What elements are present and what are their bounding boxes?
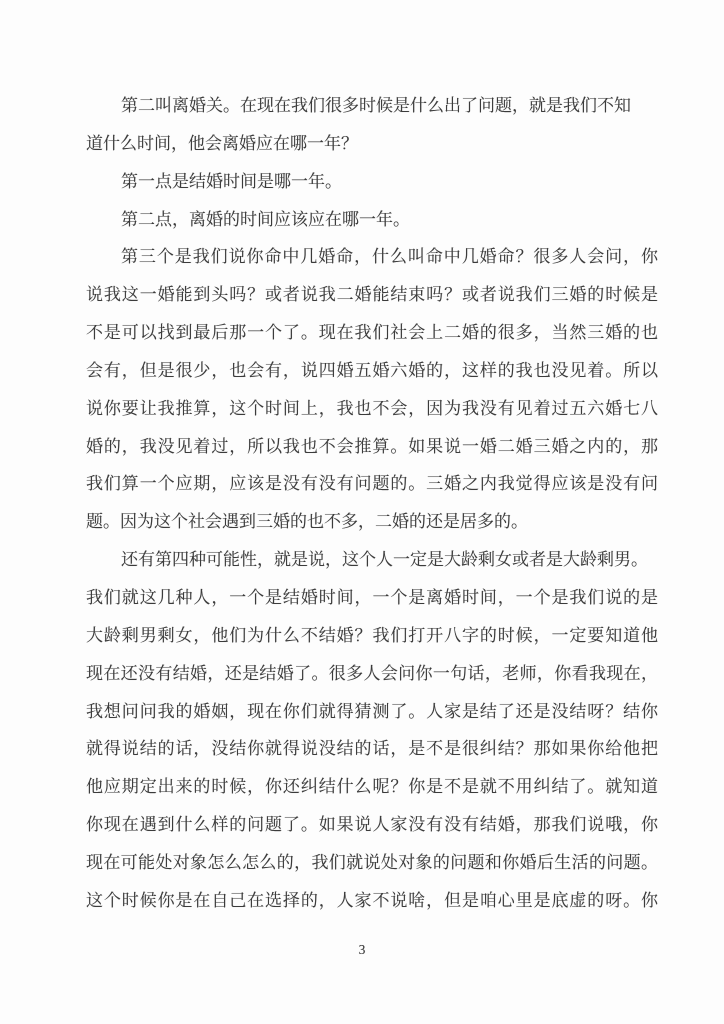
text-line: 道什么时间，他会离婚应在哪一年？ bbox=[86, 125, 658, 163]
text-line: 第二点，离婚的时间应该应在哪一年。 bbox=[86, 201, 658, 239]
text-line: 这个时候你是在自己在选择的，人家不说啥，但是咱心里是底虚的呀。你 bbox=[86, 882, 658, 920]
text-line: 不是可以找到最后那一个了。现在我们社会上二婚的很多，当然三婚的也 bbox=[86, 314, 658, 352]
text-line: 婚的，我没见着过，所以我也不会推算。如果说一婚二婚三婚之内的，那 bbox=[86, 428, 658, 466]
text-line: 会有，但是很少，也会有，说四婚五婚六婚的，这样的我也没见着。所以 bbox=[86, 352, 658, 390]
document-page: 第二叫离婚关。在现在我们很多时候是什么出了问题，就是我们不知道什么时间，他会离婚… bbox=[0, 0, 724, 1024]
text-line: 还有第四种可能性，就是说，这个人一定是大龄剩女或者是大龄剩男。 bbox=[86, 541, 658, 579]
text-line: 你现在遇到什么样的问题了。如果说人家没有没有结婚，那我们说哦，你 bbox=[86, 806, 658, 844]
text-line: 第二叫离婚关。在现在我们很多时候是什么出了问题，就是我们不知 bbox=[86, 87, 658, 125]
text-line: 就得说结的话，没结你就得说没结的话，是不是很纠结？那如果你给他把 bbox=[86, 730, 658, 768]
page-number: 3 bbox=[0, 940, 724, 960]
text-line: 说你要让我推算，这个时间上，我也不会，因为我没有见着过五六婚七八 bbox=[86, 390, 658, 428]
text-line: 第三个是我们说你命中几婚命，什么叫命中几婚命？很多人会问，你 bbox=[86, 238, 658, 276]
text-line: 第一点是结婚时间是哪一年。 bbox=[86, 163, 658, 201]
text-line: 我们算一个应期，应该是没有没有问题的。三婚之内我觉得应该是没有问 bbox=[86, 465, 658, 503]
text-line: 题。因为这个社会遇到三婚的也不多，二婚的还是居多的。 bbox=[86, 503, 658, 541]
text-line: 现在还没有结婚，还是结婚了。很多人会问你一句话，老师，你看我现在， bbox=[86, 655, 658, 693]
document-body: 第二叫离婚关。在现在我们很多时候是什么出了问题，就是我们不知道什么时间，他会离婚… bbox=[86, 87, 658, 920]
text-line: 我们就这几种人，一个是结婚时间，一个是离婚时间，一个是我们说的是 bbox=[86, 579, 658, 617]
text-line: 说我这一婚能到头吗？或者说我二婚能结束吗？或者说我们三婚的时候是 bbox=[86, 276, 658, 314]
text-line: 他应期定出来的时候，你还纠结什么呢？你是不是就不用纠结了。就知道 bbox=[86, 768, 658, 806]
text-line: 现在可能处对象怎么怎么的，我们就说处对象的问题和你婚后生活的问题。 bbox=[86, 844, 658, 882]
text-line: 大龄剩男剩女，他们为什么不结婚？我们打开八字的时候，一定要知道他 bbox=[86, 617, 658, 655]
text-line: 我想问问我的婚姻，现在你们就得猜测了。人家是结了还是没结呀？结你 bbox=[86, 693, 658, 731]
